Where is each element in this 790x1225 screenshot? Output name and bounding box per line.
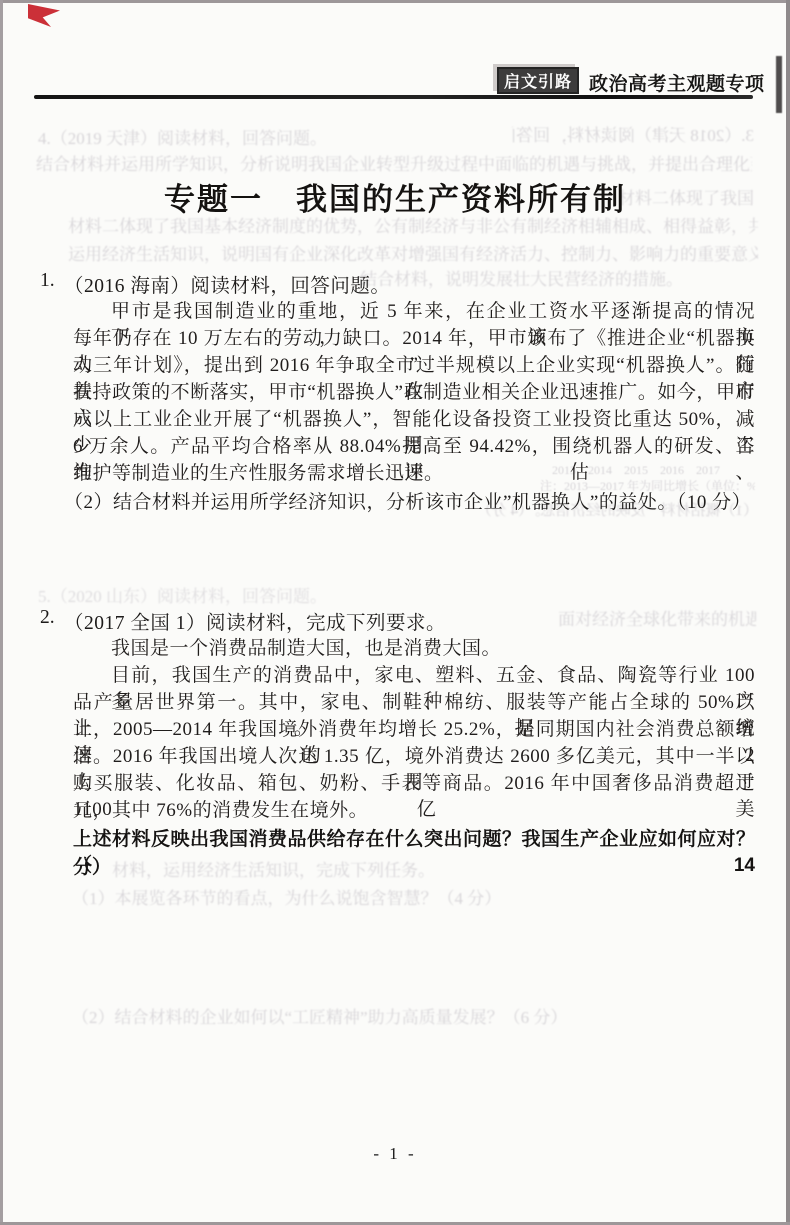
red-corner-mark	[28, 4, 60, 27]
ghost-text: 结合材料并运用所学知识，分析说明我国企业转型升级过程中面临的机遇与挑战，并提出合…	[36, 150, 752, 175]
material-line: 元，其中 76%的消费发生在境外。	[73, 798, 755, 824]
material-line: 维护等制造业的生产性服务需求增长迅速。	[73, 461, 755, 487]
ghost-text: 结合材料，说明发展壮大民营经济的措施。	[360, 265, 755, 290]
ghost-text: 5.（2020 山东）阅读材料，回答问题。	[38, 582, 468, 607]
header-title: 政治高考主观题专项	[589, 69, 765, 96]
scanned-book-page: 启文引路 政治高考主观题专项 4.（2019 天津）阅读材料，回答问题。 3.（…	[0, 0, 790, 1225]
header-rule	[34, 95, 753, 99]
brand-badge: 启文引路	[497, 67, 579, 94]
page-edge-top	[0, 0, 790, 3]
chapter-title: 专题一 我国的生产资料所有制	[0, 174, 790, 219]
question-stem: （2017 全国 1）阅读材料，完成下列要求。	[64, 607, 446, 635]
ghost-text: 运用经济生活知识，说明国有企业深化改革对增强国有经济活力、控制力、影响力的重要意…	[68, 240, 758, 265]
spine-shadow	[776, 56, 782, 113]
ghost-text: （2）结合材料的企业如何以“工匠精神”助力高质量发展？（6 分）	[72, 1003, 692, 1028]
final-question-line: 分）	[73, 855, 755, 881]
ghost-text: 面对经济全球化带来的机遇与挑战，企业应主动作为	[558, 605, 756, 630]
page-number: - 1 -	[0, 1144, 790, 1164]
question-stem: （2016 海南）阅读材料，回答问题。	[64, 270, 390, 298]
ghost-text: （1）本展览各环节的看点，为什么说饱含智慧？（4 分）	[72, 884, 672, 909]
brand-badge-label: 启文引路	[504, 69, 572, 92]
sub-question: （2）结合材料并运用所学经济知识，分析该市企业”机器换人”的益处。（10 分）	[64, 487, 751, 514]
question-number: 2.	[40, 607, 55, 629]
ghost-text: 3.（2018 天津）阅读材料，回答问题。	[512, 121, 754, 146]
ghost-text: 4.（2019 天津）阅读材料，回答问题。	[38, 124, 468, 149]
material-line: 我国是一个消费品制造大国，也是消费大国。	[73, 636, 755, 662]
question-number: 1.	[40, 270, 55, 292]
